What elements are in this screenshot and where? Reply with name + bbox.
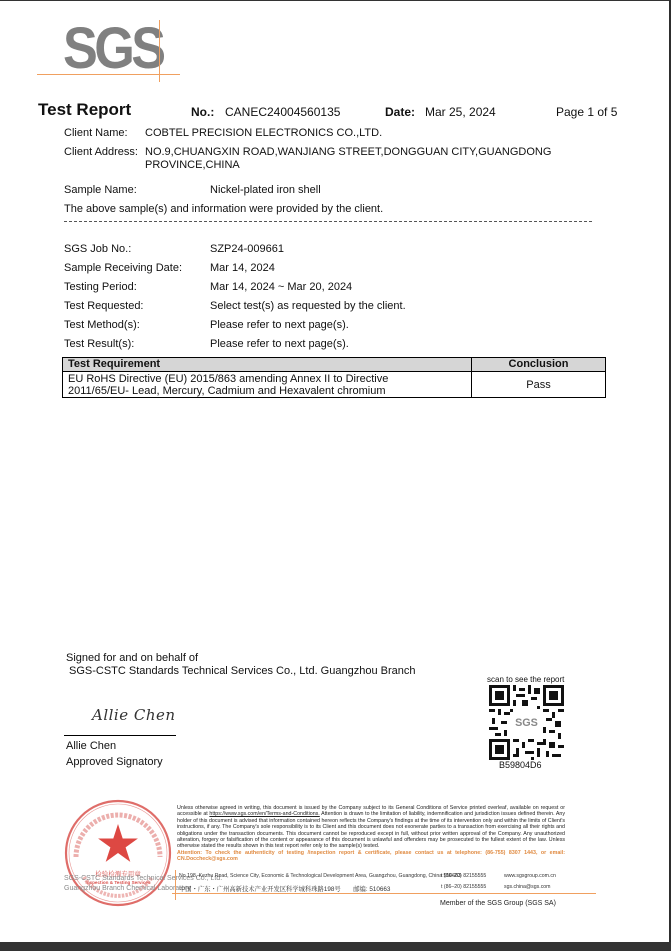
company-seal-icon: 检验检测专用章 Inspection & Testing Services (62, 797, 174, 909)
page-indicator: Page 1 of 5 (556, 105, 617, 119)
table-row: EU RoHS Directive (EU) 2015/863 amending… (63, 372, 606, 398)
column-header-conclusion: Conclusion (472, 358, 606, 372)
client-address-line2: PROVINCE,CHINA (145, 159, 240, 171)
requirement-cell: EU RoHS Directive (EU) 2015/863 amending… (63, 372, 472, 398)
qr-center-label: SGS (515, 717, 538, 729)
signature-line (64, 735, 176, 736)
viewer-top-edge (0, 0, 671, 1)
email-link[interactable]: sgs.china@sgs.com (504, 884, 551, 890)
qr-code-icon[interactable]: SGS (489, 685, 564, 760)
detail-label: SGS Job No.: (64, 243, 131, 255)
conclusion-cell: Pass (472, 372, 606, 398)
detail-value: Mar 14, 2024 ~ Mar 20, 2024 (210, 281, 352, 293)
table-header-row: Test Requirement Conclusion (63, 358, 606, 372)
dashed-separator (64, 221, 592, 222)
column-header-requirement: Test Requirement (63, 358, 472, 372)
footer-horizontal-rule (172, 893, 596, 894)
phone-1: t (86–20) 82155555 (441, 873, 486, 879)
client-address-line1: NO.9,CHUANGXIN ROAD,WANJIANG STREET,DONG… (145, 146, 551, 158)
requirement-line: EU RoHS Directive (EU) 2015/863 amending… (68, 373, 466, 385)
legal-disclaimer: Unless otherwise agreed in writing, this… (177, 805, 565, 863)
qr-verification-code: B59804D6 (499, 760, 542, 770)
detail-value: Please refer to next page(s). (210, 319, 349, 331)
client-name-label: Client Name: (64, 127, 128, 139)
client-address-label: Client Address: (64, 146, 138, 158)
sample-name: Nickel-plated iron shell (210, 184, 321, 196)
client-name: COBTEL PRECISION ELECTRONICS CO.,LTD. (145, 127, 382, 139)
sgs-membership: Member of the SGS Group (SGS SA) (440, 900, 556, 907)
detail-value: SZP24-009661 (210, 243, 284, 255)
report-title: Test Report (38, 100, 131, 120)
detail-value: Please refer to next page(s). (210, 338, 349, 350)
test-requirements-table: Test Requirement Conclusion EU RoHS Dire… (62, 357, 606, 398)
sgs-logo-text: SGS (63, 16, 162, 82)
detail-label: Test Result(s): (64, 338, 134, 350)
website-link[interactable]: www.sgsgroup.com.cn (504, 873, 556, 879)
disclaimer-text: Attention is drawn to the limitation of … (177, 811, 565, 849)
phone-2: t (86–20) 82155555 (441, 884, 486, 890)
detail-label: Test Method(s): (64, 319, 140, 331)
report-number: CANEC24004560135 (225, 105, 340, 119)
report-date-label: Date: (385, 105, 415, 119)
qr-caption: scan to see the report (487, 675, 564, 684)
signed-for-text: Signed for and on behalf of (66, 652, 198, 664)
footer-vertical-rule (175, 870, 176, 900)
terms-link[interactable]: https://www.sgs.com/en/Terms-and-Conditi… (209, 811, 319, 817)
requirement-line: 2011/65/EU- Lead, Mercury, Cadmium and H… (68, 385, 466, 397)
logo-vertical-rule (159, 20, 160, 82)
signatory-title: Approved Signatory (66, 756, 163, 768)
report-number-label: No.: (191, 105, 214, 119)
detail-value: Select test(s) as requested by the clien… (210, 300, 406, 312)
detail-label: Testing Period: (64, 281, 137, 293)
detail-label: Sample Receiving Date: (64, 262, 182, 274)
viewer-bottom-bar (0, 942, 671, 951)
lab-name-line2: Guangzhou Branch Chemical Laboratory (64, 885, 191, 892)
report-date: Mar 25, 2024 (425, 105, 496, 119)
authenticity-notice: Attention: To check the authenticity of … (177, 850, 565, 863)
signing-company: SGS-CSTC Standards Technical Services Co… (69, 665, 415, 677)
detail-label: Test Requested: (64, 300, 144, 312)
sample-note: The above sample(s) and information were… (64, 203, 383, 215)
sample-name-label: Sample Name: (64, 184, 137, 196)
handwritten-signature: Allie Chen (92, 706, 176, 724)
address-cn: 中国・广东・广州高新技术产业开发区科学城科珠路198号 邮编: 510663 (179, 884, 390, 893)
detail-value: Mar 14, 2024 (210, 262, 275, 274)
signatory-name: Allie Chen (66, 740, 116, 752)
address-en: No.198, Kezhu Road, Science City, Econom… (179, 873, 461, 879)
